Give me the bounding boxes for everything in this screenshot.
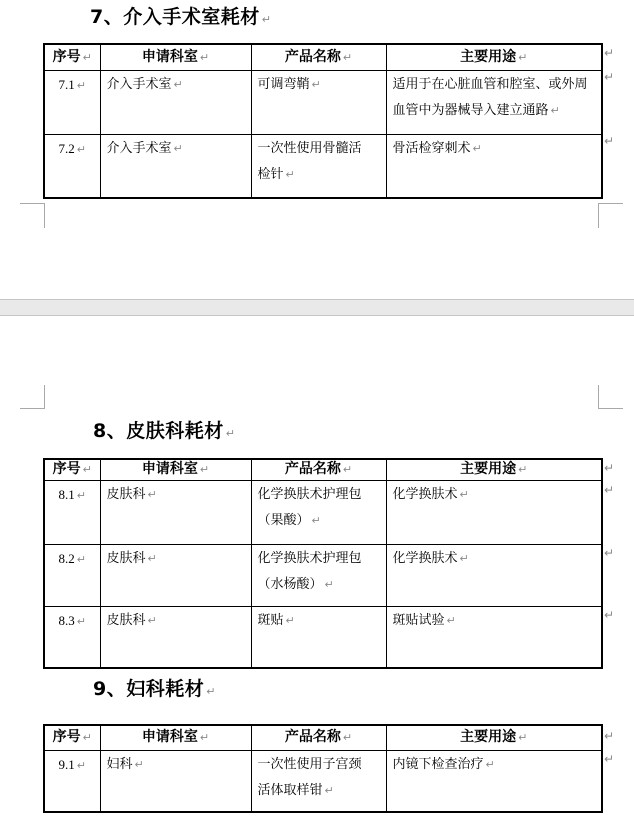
paragraph-mark-icon: ↵	[312, 78, 321, 91]
column-header-department[interactable]: 申请科室↵	[100, 725, 251, 750]
table-row: 8.1↵ 皮肤科↵ 化学换肤术护理包 （果酸）↵ 化学换肤术↵	[44, 480, 602, 544]
section-title-8[interactable]: 8、皮肤科耗材↵	[93, 420, 235, 445]
product-name-cell[interactable]: 一次性使用子宫颈 活体取样钳↵	[251, 750, 386, 812]
row-end-mark-icon: ↵	[604, 47, 614, 59]
section-title-text: 8、皮肤科耗材	[93, 420, 224, 442]
paragraph-mark-icon: ↵	[518, 731, 527, 744]
paragraph-mark-icon: ↵	[77, 143, 86, 156]
section-title-9[interactable]: 9、妇科耗材↵	[93, 678, 216, 703]
margin-crop-mark	[598, 203, 623, 228]
column-header-department[interactable]: 申请科室↵	[100, 44, 251, 70]
paragraph-mark-icon: ↵	[83, 731, 92, 744]
table-row: 9.1↵ 妇科↵ 一次性使用子宫颈 活体取样钳↵ 内镜下检查治疗↵	[44, 750, 602, 812]
paragraph-mark-icon: ↵	[518, 463, 527, 476]
paragraph-mark-icon: ↵	[551, 104, 560, 117]
paragraph-mark-icon: ↵	[206, 685, 216, 698]
row-number-cell[interactable]: 8.3↵	[44, 606, 100, 668]
section-title-7[interactable]: 7、介入手术室耗材↵	[90, 6, 271, 31]
paragraph-mark-icon: ↵	[343, 51, 352, 64]
row-number-cell[interactable]: 7.1↵	[44, 70, 100, 134]
paragraph-mark-icon: ↵	[135, 758, 144, 771]
product-name-cell[interactable]: 一次性使用骨髓活 检针↵	[251, 134, 386, 198]
consumables-table-8: 序号↵ 申请科室↵ 产品名称↵ 主要用途↵ 8.1↵ 皮肤科↵ 化学换肤术护理包…	[43, 458, 603, 669]
paragraph-mark-icon: ↵	[200, 463, 209, 476]
row-end-mark-icon: ↵	[604, 135, 614, 147]
column-header-use[interactable]: 主要用途↵	[386, 459, 602, 480]
column-header-serial[interactable]: 序号↵	[44, 44, 100, 70]
paragraph-mark-icon: ↵	[286, 614, 295, 627]
row-end-mark-icon: ↵	[604, 462, 614, 474]
paragraph-mark-icon: ↵	[226, 427, 236, 440]
table-header-row: 序号↵ 申请科室↵ 产品名称↵ 主要用途↵	[44, 725, 602, 750]
product-name-cell[interactable]: 可调弯鞘↵	[251, 70, 386, 134]
paragraph-mark-icon: ↵	[148, 614, 157, 627]
department-cell[interactable]: 妇科↵	[100, 750, 251, 812]
paragraph-mark-icon: ↵	[262, 13, 272, 26]
paragraph-mark-icon: ↵	[174, 78, 183, 91]
paragraph-mark-icon: ↵	[148, 552, 157, 565]
column-header-serial[interactable]: 序号↵	[44, 725, 100, 750]
row-end-mark-icon: ↵	[604, 547, 614, 559]
department-cell[interactable]: 介入手术室↵	[100, 70, 251, 134]
page-gap	[0, 299, 634, 316]
paragraph-mark-icon: ↵	[174, 142, 183, 155]
paragraph-mark-icon: ↵	[473, 142, 482, 155]
column-header-product[interactable]: 产品名称↵	[251, 725, 386, 750]
margin-crop-mark	[20, 203, 45, 228]
table-row: 7.2↵ 介入手术室↵ 一次性使用骨髓活 检针↵ 骨活检穿刺术↵	[44, 134, 602, 198]
paragraph-mark-icon: ↵	[77, 615, 86, 628]
product-name-cell[interactable]: 化学换肤术护理包 （水杨酸）↵	[251, 544, 386, 606]
department-cell[interactable]: 皮肤科↵	[100, 480, 251, 544]
paragraph-mark-icon: ↵	[77, 759, 86, 772]
paragraph-mark-icon: ↵	[77, 553, 86, 566]
row-end-mark-icon: ↵	[604, 609, 614, 621]
department-cell[interactable]: 皮肤科↵	[100, 544, 251, 606]
column-header-serial[interactable]: 序号↵	[44, 459, 100, 480]
paragraph-mark-icon: ↵	[286, 168, 295, 181]
paragraph-mark-icon: ↵	[200, 731, 209, 744]
row-end-mark-icon: ↵	[604, 730, 614, 742]
department-cell[interactable]: 介入手术室↵	[100, 134, 251, 198]
table-header-row: 序号↵ 申请科室↵ 产品名称↵ 主要用途↵	[44, 44, 602, 70]
table-row: 8.2↵ 皮肤科↵ 化学换肤术护理包 （水杨酸）↵ 化学换肤术↵	[44, 544, 602, 606]
word-document-view: 7、介入手术室耗材↵ 序号↵ 申请科室↵ 产品名称↵ 主要用途↵ 7.1↵ 介入…	[0, 0, 634, 826]
column-header-use[interactable]: 主要用途↵	[386, 44, 602, 70]
paragraph-mark-icon: ↵	[486, 758, 495, 771]
paragraph-mark-icon: ↵	[325, 784, 334, 797]
paragraph-mark-icon: ↵	[148, 488, 157, 501]
consumables-table-9: 序号↵ 申请科室↵ 产品名称↵ 主要用途↵ 9.1↵ 妇科↵ 一次性使用子宫颈 …	[43, 724, 603, 813]
row-number-cell[interactable]: 7.2↵	[44, 134, 100, 198]
main-use-cell[interactable]: 骨活检穿刺术↵	[386, 134, 602, 198]
paragraph-mark-icon: ↵	[77, 489, 86, 502]
row-end-mark-icon: ↵	[604, 484, 614, 496]
column-header-product[interactable]: 产品名称↵	[251, 44, 386, 70]
margin-crop-mark	[598, 385, 623, 409]
product-name-cell[interactable]: 斑贴↵	[251, 606, 386, 668]
paragraph-mark-icon: ↵	[460, 488, 469, 501]
section-title-text: 9、妇科耗材	[93, 678, 204, 700]
section-title-text: 7、介入手术室耗材	[90, 6, 260, 28]
table-row: 7.1↵ 介入手术室↵ 可调弯鞘↵ 适用于在心脏血管和腔室、或外周 血管中为器械…	[44, 70, 602, 134]
row-number-cell[interactable]: 9.1↵	[44, 750, 100, 812]
table-row: 8.3↵ 皮肤科↵ 斑贴↵ 斑贴试验↵	[44, 606, 602, 668]
margin-crop-mark	[20, 385, 45, 409]
column-header-product[interactable]: 产品名称↵	[251, 459, 386, 480]
row-end-mark-icon: ↵	[604, 753, 614, 765]
consumables-table-7: 序号↵ 申请科室↵ 产品名称↵ 主要用途↵ 7.1↵ 介入手术室↵ 可调弯鞘↵ …	[43, 43, 603, 199]
paragraph-mark-icon: ↵	[460, 552, 469, 565]
paragraph-mark-icon: ↵	[200, 51, 209, 64]
paragraph-mark-icon: ↵	[83, 51, 92, 64]
row-number-cell[interactable]: 8.1↵	[44, 480, 100, 544]
paragraph-mark-icon: ↵	[447, 614, 456, 627]
department-cell[interactable]: 皮肤科↵	[100, 606, 251, 668]
row-end-mark-icon: ↵	[604, 71, 614, 83]
paragraph-mark-icon: ↵	[83, 463, 92, 476]
main-use-cell[interactable]: 化学换肤术↵	[386, 480, 602, 544]
paragraph-mark-icon: ↵	[518, 51, 527, 64]
paragraph-mark-icon: ↵	[77, 79, 86, 92]
table-header-row: 序号↵ 申请科室↵ 产品名称↵ 主要用途↵	[44, 459, 602, 480]
paragraph-mark-icon: ↵	[312, 514, 321, 527]
paragraph-mark-icon: ↵	[343, 463, 352, 476]
column-header-use[interactable]: 主要用途↵	[386, 725, 602, 750]
row-number-cell[interactable]: 8.2↵	[44, 544, 100, 606]
column-header-department[interactable]: 申请科室↵	[100, 459, 251, 480]
main-use-cell[interactable]: 斑贴试验↵	[386, 606, 602, 668]
paragraph-mark-icon: ↵	[343, 731, 352, 744]
paragraph-mark-icon: ↵	[325, 578, 334, 591]
main-use-cell[interactable]: 化学换肤术↵	[386, 544, 602, 606]
main-use-cell[interactable]: 内镜下检查治疗↵	[386, 750, 602, 812]
main-use-cell[interactable]: 适用于在心脏血管和腔室、或外周 血管中为器械导入建立通路↵	[386, 70, 602, 134]
product-name-cell[interactable]: 化学换肤术护理包 （果酸）↵	[251, 480, 386, 544]
